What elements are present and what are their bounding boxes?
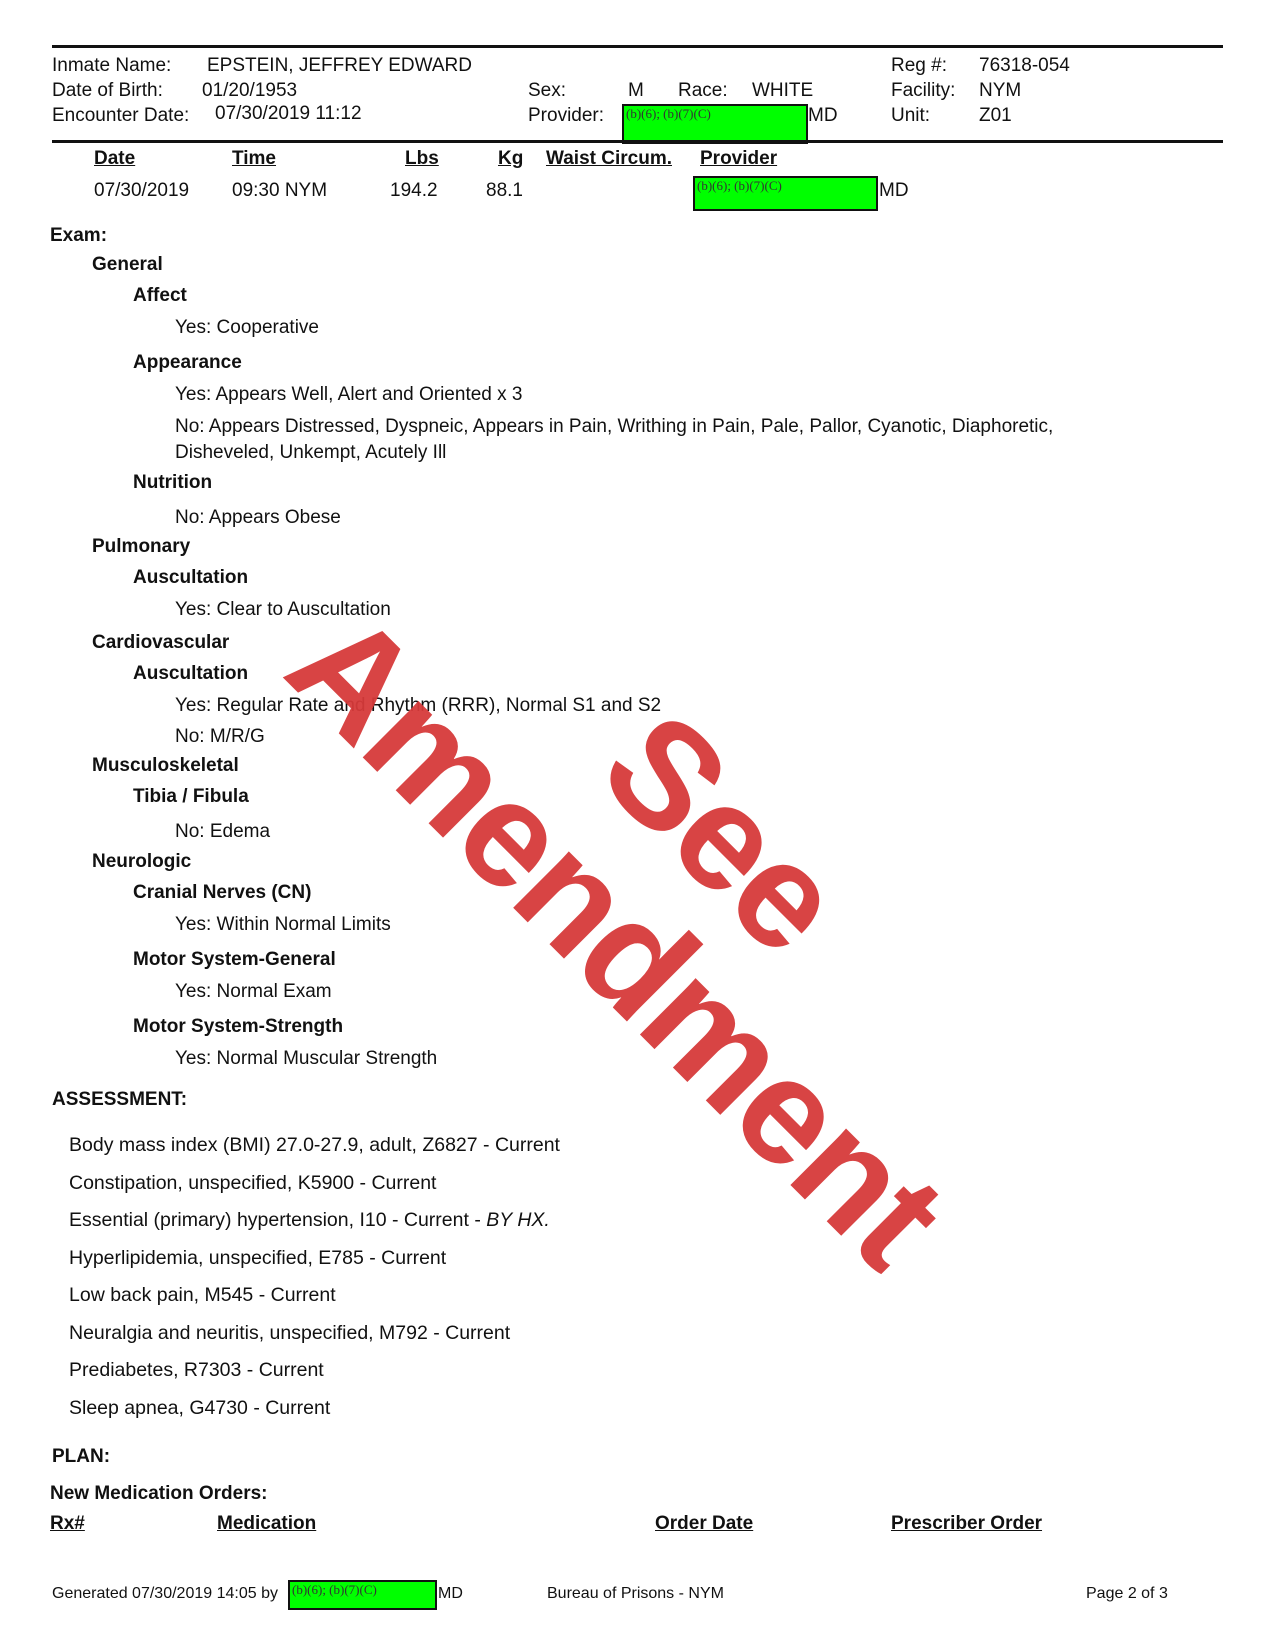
assessment-item: Neuralgia and neuritis, unspecified, M79… [69,1322,510,1345]
assessment-title: ASSESSMENT: [52,1089,187,1111]
exam-finding: Yes: Regular Rate and Rhythm (RRR), Norm… [175,695,661,717]
exam-finding: Yes: Normal Muscular Strength [175,1048,437,1070]
exam-group: Motor System-Strength [133,1016,343,1038]
col-prescriber-order: Prescriber Order [891,1513,1042,1535]
col-waist: Waist Circum. [546,148,672,170]
exam-finding: Disheveled, Unkempt, Acutely Ill [175,442,446,464]
exam-finding: Yes: Appears Well, Alert and Oriented x … [175,384,522,406]
unit-label: Unit: [891,105,930,127]
facility: NYM [979,80,1021,102]
race-label: Race: [678,80,728,102]
vital-lbs: 194.2 [390,180,438,202]
exam-finding: Yes: Cooperative [175,317,319,339]
dob: 01/20/1953 [202,80,297,102]
assessment-item: Essential (primary) hypertension, I10 - … [69,1209,550,1232]
col-time: Time [232,148,276,170]
col-lbs: Lbs [405,148,439,170]
col-kg: Kg [498,148,523,170]
encounter-date: 07/30/2019 11:12 [215,103,362,125]
exam-system: Musculoskeletal [92,755,239,777]
encounter-label: Encounter Date: [52,105,189,127]
assessment-item: Prediabetes, R7303 - Current [69,1359,324,1382]
exam-group: Appearance [133,352,242,374]
col-order-date: Order Date [655,1513,753,1535]
exam-group: Auscultation [133,663,248,685]
footer-redaction: (b)(6); (b)(7)(C) [288,1580,437,1610]
med-orders-title: New Medication Orders: [50,1483,268,1505]
footer-org: Bureau of Prisons - NYM [547,1585,724,1603]
sex-label: Sex: [528,80,566,102]
provider-label: Provider: [528,105,604,127]
footer-suffix: MD [438,1585,463,1603]
exam-title: Exam: [50,225,107,247]
see-amendment-watermark: See Amendment [225,440,1116,1331]
vital-kg: 88.1 [486,180,523,202]
assessment-item: Body mass index (BMI) 27.0-27.9, adult, … [69,1134,560,1157]
exam-finding: No: Appears Obese [175,507,341,529]
assessment-item: Sleep apnea, G4730 - Current [69,1397,330,1420]
plan-title: PLAN: [52,1446,110,1468]
vital-time: 09:30 NYM [232,180,327,202]
page-number: Page 2 of 3 [1086,1585,1168,1603]
exam-group: Affect [133,285,187,307]
race: WHITE [752,80,813,102]
sex: M [628,80,644,102]
provider-suffix: MD [808,105,838,127]
header-bottom-rule [52,140,1223,143]
exam-group: Cranial Nerves (CN) [133,882,311,904]
assessment-item: Low back pain, M545 - Current [69,1284,336,1307]
dob-label: Date of Birth: [52,80,163,102]
exam-system: Cardiovascular [92,632,229,654]
exam-finding: No: Appears Distressed, Dyspneic, Appear… [175,416,1053,438]
vital-provider-redaction: (b)(6); (b)(7)(C) [693,176,878,211]
col-date: Date [94,148,135,170]
assessment-note: BY HX. [486,1209,550,1231]
col-medication: Medication [217,1513,316,1535]
facility-label: Facility: [891,80,955,102]
inmate-name: EPSTEIN, JEFFREY EDWARD [207,55,472,77]
exam-system: Neurologic [92,851,191,873]
exam-finding: Yes: Normal Exam [175,981,332,1003]
exam-finding: No: Edema [175,821,270,843]
exam-system: Pulmonary [92,536,190,558]
vital-provider-suffix: MD [879,180,909,202]
exam-group: Auscultation [133,567,248,589]
footer-generated: Generated 07/30/2019 14:05 by [52,1585,278,1603]
inmate-name-label: Inmate Name: [52,55,171,77]
provider-redaction: (b)(6); (b)(7)(C) [622,104,808,144]
exam-finding: Yes: Clear to Auscultation [175,599,391,621]
top-rule [52,45,1223,48]
exam-group: Motor System-General [133,949,336,971]
reg-label: Reg #: [891,55,947,77]
exam-group: Nutrition [133,472,212,494]
vital-date: 07/30/2019 [94,180,189,202]
exam-finding: Yes: Within Normal Limits [175,914,391,936]
assessment-item: Hyperlipidemia, unspecified, E785 - Curr… [69,1247,446,1270]
assessment-item: Constipation, unspecified, K5900 - Curre… [69,1172,436,1195]
exam-finding: No: M/R/G [175,726,265,748]
col-provider: Provider [700,148,777,170]
reg-number: 76318-054 [979,55,1070,77]
unit: Z01 [979,105,1012,127]
exam-system: General [92,254,163,276]
col-rx: Rx# [50,1513,85,1535]
exam-group: Tibia / Fibula [133,786,249,808]
